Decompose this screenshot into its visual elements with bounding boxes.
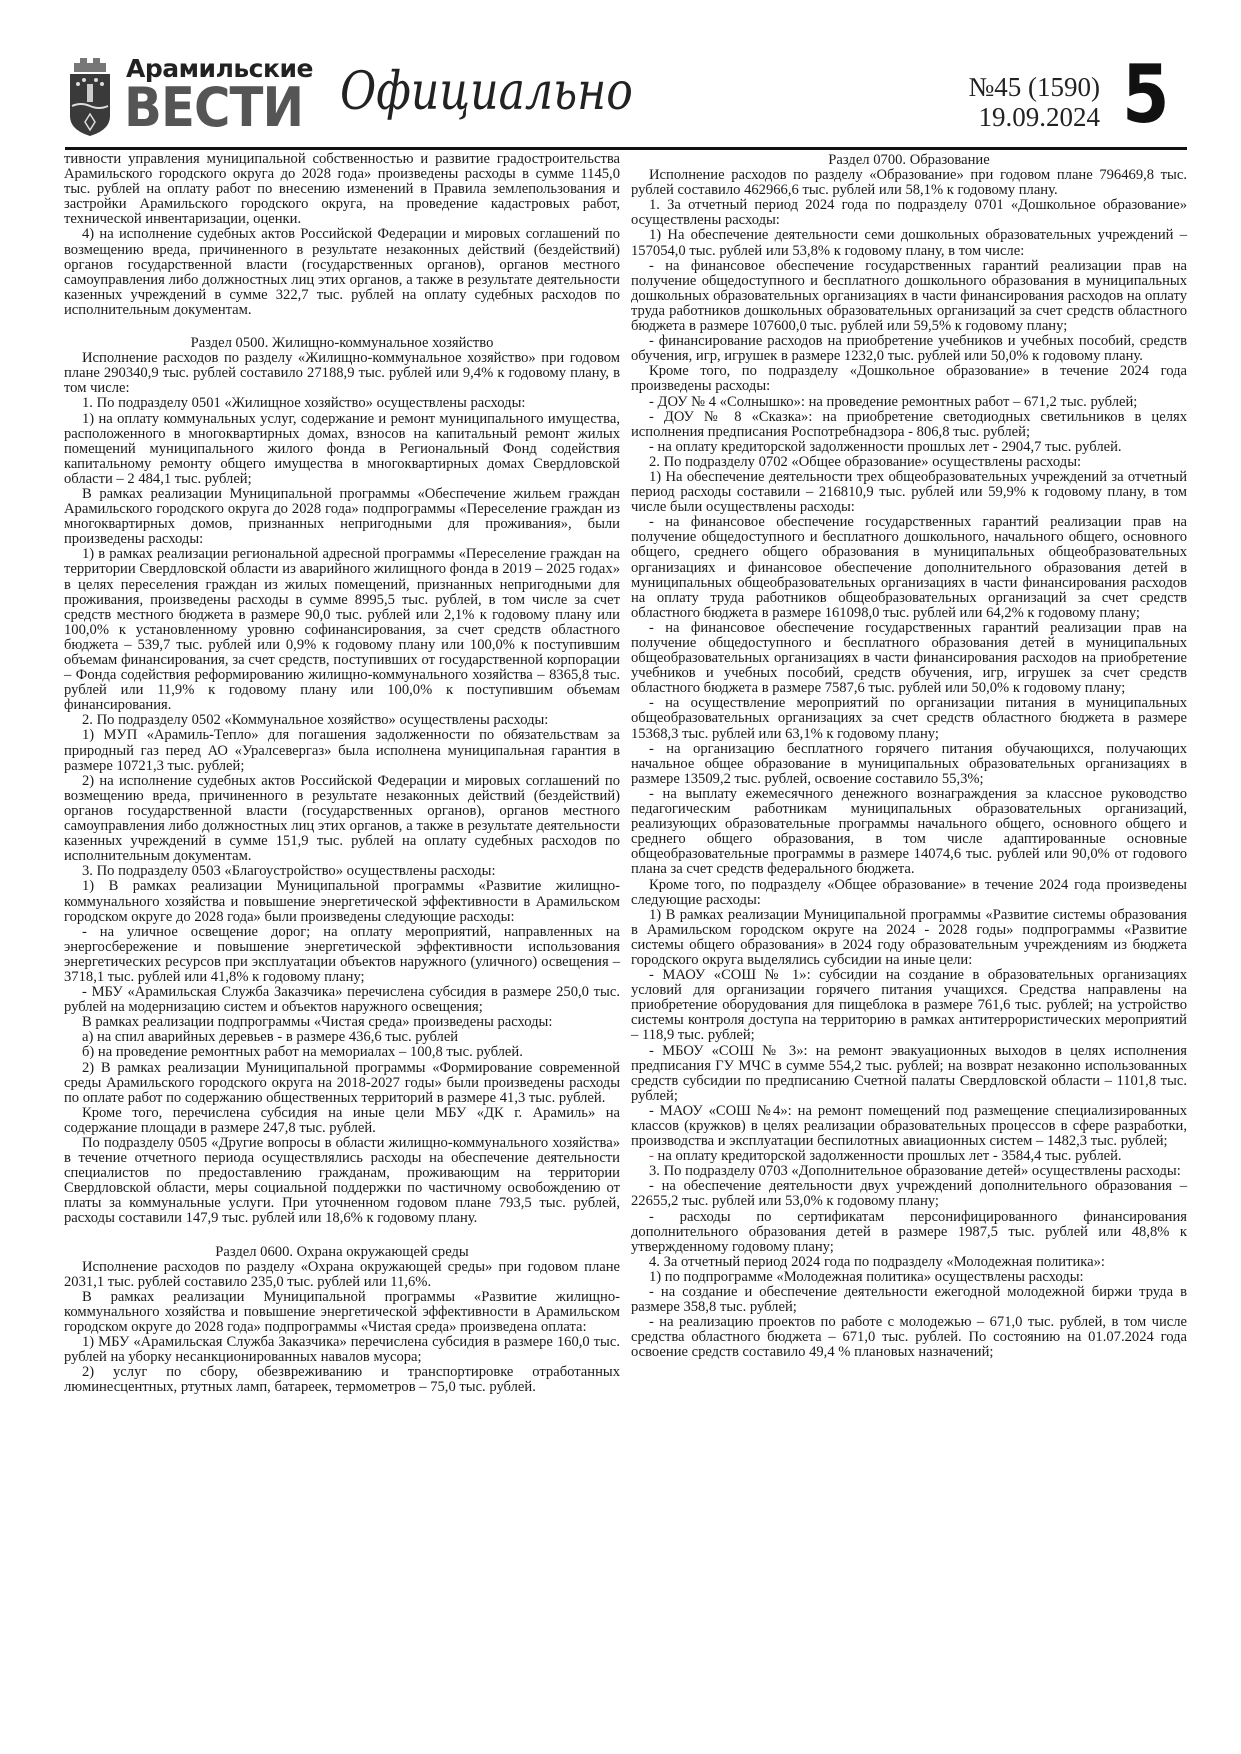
paragraph: - МБУ «Арамильская Служба Заказчика» пер… [64, 985, 620, 1015]
paragraph: Исполнение расходов по разделу «Охрана о… [64, 1260, 620, 1290]
paragraph: 2. По подразделу 0502 «Коммунальное хозя… [64, 713, 620, 728]
paragraph: - на осуществление мероприятий по органи… [631, 696, 1187, 741]
paragraph: 1) на оплату коммунальных услуг, содержа… [64, 412, 620, 487]
paragraph: - на реализацию проектов по работе с мол… [631, 1315, 1187, 1360]
paragraph: 1) МБУ «Арамильская Служба Заказчика» пе… [64, 1335, 620, 1365]
issue-number: №45 (1590) [878, 72, 1100, 102]
paragraph: В рамках реализации Муниципальной програ… [64, 1290, 620, 1335]
paragraph-text: на оплату кредиторской задолженности про… [654, 1148, 1122, 1164]
paragraph: - ДОУ № 8 «Сказка»: на приобретение свет… [631, 410, 1187, 440]
page-number: 5 [1122, 48, 1169, 141]
section-heading-0700: Раздел 0700. Образование [631, 153, 1187, 168]
paragraph: 1) В рамках реализации Муниципальной про… [64, 879, 620, 924]
paragraph: - на оплату кредиторской задолженности п… [631, 440, 1187, 455]
section-heading-0600: Раздел 0600. Охрана окружающей среды [64, 1245, 620, 1260]
paragraph: По подразделу 0505 «Другие вопросы в обл… [64, 1136, 620, 1227]
paragraph: 2) на исполнение судебных актов Российск… [64, 774, 620, 865]
paragraph-with-red-dash: - на оплату кредиторской задолженности п… [631, 1149, 1187, 1164]
paragraph: тивности управления муниципальной собств… [64, 152, 620, 227]
paragraph: Кроме того, перечислена субсидия на иные… [64, 1106, 620, 1136]
coat-of-arms-icon [68, 58, 112, 138]
paragraph: Кроме того, по подразделу «Общее образов… [631, 878, 1187, 908]
section-title: Официально [340, 62, 633, 122]
left-column: тивности управления муниципальной собств… [64, 152, 620, 1396]
paragraph: 1) В рамках реализации Муниципальной про… [631, 908, 1187, 968]
right-column: Раздел 0700. Образование Исполнение расх… [631, 152, 1187, 1361]
paragraph: 1) МУП «Арамиль-Тепло» для погашения зад… [64, 728, 620, 773]
paragraph: - на финансовое обеспечение государствен… [631, 515, 1187, 621]
paragraph: 3. По подразделу 0503 «Благоустройство» … [64, 864, 620, 879]
paragraph: - МАОУ «СОШ № 1»: субсидии на создание в… [631, 968, 1187, 1043]
paragraph: 3. По подразделу 0703 «Дополнительное об… [631, 1164, 1187, 1179]
paragraph: 1) На обеспечение деятельности семи дошк… [631, 228, 1187, 258]
paragraph: Исполнение расходов по разделу «Образова… [631, 168, 1187, 198]
paragraph: - на создание и обеспечение деятельности… [631, 1285, 1187, 1315]
paragraph: - МАОУ «СОШ №4»: на ремонт помещений под… [631, 1104, 1187, 1149]
paragraph: а) на спил аварийных деревьев - в размер… [64, 1030, 620, 1045]
paragraph: 2. По подразделу 0702 «Общее образование… [631, 455, 1187, 470]
newspaper-name-main: ВЕСТИ [124, 80, 303, 136]
paragraph: - расходы по сертификатам персонифициров… [631, 1210, 1187, 1255]
paragraph: 4) на исполнение судебных актов Российск… [64, 227, 620, 318]
section-heading-0500: Раздел 0500. Жилищно-коммунальное хозяйс… [64, 336, 620, 351]
paragraph: В рамках реализации подпрограммы «Чистая… [64, 1015, 620, 1030]
header-divider [65, 147, 1187, 150]
paragraph: 1) в рамках реализации региональной адре… [64, 547, 620, 713]
paragraph: 2) В рамках реализации Муниципальной про… [64, 1061, 620, 1106]
masthead: Арамильские ВЕСТИ Официально №45 (1590) … [60, 52, 1180, 144]
paragraph: - на выплату ежемесячного денежного возн… [631, 787, 1187, 878]
issue-info: №45 (1590) 19.09.2024 [878, 72, 1100, 132]
paragraph: 1. По подразделу 0501 «Жилищное хозяйств… [64, 396, 620, 411]
paragraph: - ДОУ № 4 «Солнышко»: на проведение ремо… [631, 395, 1187, 410]
paragraph: - на уличное освещение дорог; на оплату … [64, 925, 620, 985]
paragraph: 1. За отчетный период 2024 года по подра… [631, 198, 1187, 228]
paragraph: - на финансовое обеспечение государствен… [631, 259, 1187, 334]
paragraph: - МБОУ «СОШ № 3»: на ремонт эвакуационны… [631, 1044, 1187, 1104]
paragraph: б) на проведение ремонтных работ на мемо… [64, 1045, 620, 1060]
paragraph: - на организацию бесплатного горячего пи… [631, 742, 1187, 787]
paragraph: Кроме того, по подразделу «Дошкольное об… [631, 364, 1187, 394]
paragraph: - финансирование расходов на приобретени… [631, 334, 1187, 364]
issue-date: 19.09.2024 [878, 102, 1100, 132]
paragraph: 2) услуг по сбору, обезвреживанию и тран… [64, 1365, 620, 1395]
paragraph: Исполнение расходов по разделу «Жилищно-… [64, 351, 620, 396]
paragraph: 4. За отчетный период 2024 года по подра… [631, 1255, 1187, 1270]
paragraph: - на обеспечение деятельности двух учреж… [631, 1179, 1187, 1209]
paragraph: В рамках реализации Муниципальной програ… [64, 487, 620, 547]
paragraph: 1) На обеспечение деятельности трех обще… [631, 470, 1187, 515]
paragraph: 1) по подпрограмме «Молодежная политика»… [631, 1270, 1187, 1285]
paragraph: - на финансовое обеспечение государствен… [631, 621, 1187, 696]
